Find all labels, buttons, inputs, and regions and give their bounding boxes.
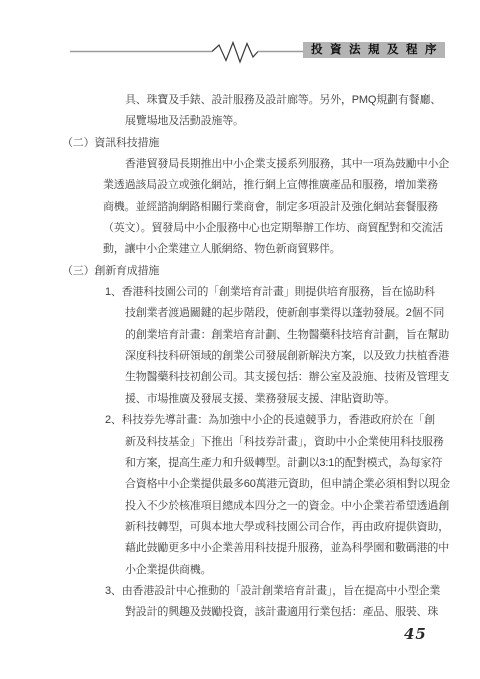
text-line: 生物醫藥科技初創公司。其支援包括：辦公室及設施、技術及管理支 — [0, 367, 480, 388]
text-line: 3、由香港設計中心推動的「設計創業培育計畫」，旨在提高中小型企業 — [0, 581, 480, 602]
text-line: 合資格中小企業提供最多60萬港元資助，但申請企業必須相對以現金 — [0, 474, 480, 495]
text-line: 業透過該局設立或強化網站，推行網上宣傳推廣產品和服務，增加業務 — [0, 175, 480, 196]
text-line: 投入不少於核准項目總成本四分之一的資金。中小企業若希望透過創 — [0, 496, 480, 517]
text-line: 1、香港科技園公司的「創業培育計畫」則提供培育服務，旨在協助科 — [0, 282, 480, 303]
text-line: 小企業提供商機。 — [0, 560, 480, 581]
text-line: （英文）。貿發局中小企服務中心也定期舉辦工作坊、商貿配對和交流活 — [0, 218, 480, 239]
text-line: 展覽場地及活動設施等。 — [0, 111, 480, 132]
text-line: 藉此鼓勵更多中小企業善用科技提升服務，並為科學園和數碼港的中 — [0, 538, 480, 559]
text-line: 商機。並經諮詢網路相關行業商會，制定多項設計及強化網站套餐服務 — [0, 197, 480, 218]
text-line: （二）資訊科技措施 — [0, 133, 480, 154]
chapter-title: 投資法規及程序 — [303, 42, 445, 58]
text-line: 動，讓中小企業建立人脈網絡、物色新商貿夥伴。 — [0, 239, 480, 260]
text-line: 技創業者渡過關鍵的起步階段，使新創事業得以蓬勃發展。2個不同 — [0, 303, 480, 324]
page-header: 投資法規及程序 — [0, 0, 480, 70]
text-line: 對設計的興趣及鼓勵投資，該計畫適用行業包括：產品、服裝、珠 — [0, 602, 480, 623]
document-page: 投資法規及程序 具、珠寶及手錶、設計服務及設計廊等。另外，PMQ規劃有餐廳、展覽… — [0, 0, 480, 679]
page-body: 具、珠寶及手錶、設計服務及設計廊等。另外，PMQ規劃有餐廳、展覽場地及活動設施等… — [0, 90, 480, 624]
text-line: 新及科技基金」下推出「科技券計畫」，資助中小企業使用科技服務 — [0, 432, 480, 453]
pulse-divider-icon — [70, 40, 310, 64]
text-line: 援、市場推廣及發展支援、業務發展支援、津貼資助等。 — [0, 389, 480, 410]
text-line: 的創業培育計畫：創業培育計劃、生物醫藥科技培育計劃，旨在幫助 — [0, 325, 480, 346]
text-line: 2、科技券先導計畫：為加強中小企的長遠競爭力，香港政府於在「創 — [0, 410, 480, 431]
text-line: 具、珠寶及手錶、設計服務及設計廊等。另外，PMQ規劃有餐廳、 — [0, 90, 480, 111]
text-line: 新科技轉型，可與本地大學或科技園公司合作，再由政府提供資助， — [0, 517, 480, 538]
page-number: 45 — [404, 625, 427, 643]
text-line: 和方案，提高生產力和升級轉型。計劃以3:1的配對模式，為每家符 — [0, 453, 480, 474]
text-line: （三）創新育成措施 — [0, 261, 480, 282]
text-line: 香港貿發局長期推出中小企業支援系列服務，其中一項為鼓勵中小企 — [0, 154, 480, 175]
text-line: 深度科技科研領域的創業公司發展創新解決方案，以及致力扶植香港 — [0, 346, 480, 367]
